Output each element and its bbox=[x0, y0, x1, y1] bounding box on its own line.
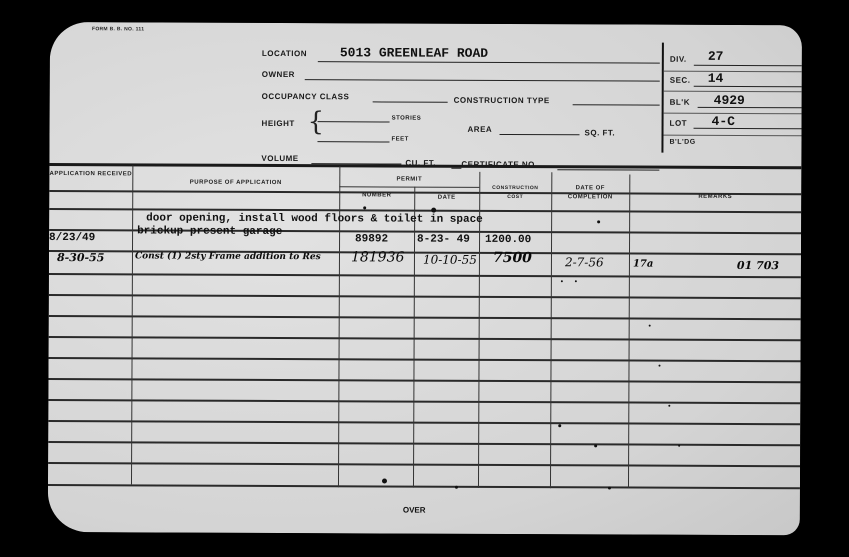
row1-cost: 1200.00 bbox=[485, 234, 531, 246]
header-date-of-completion: DATE OF COMPLETION bbox=[554, 184, 626, 202]
hole-dot bbox=[363, 206, 366, 209]
hole-dot bbox=[649, 325, 651, 327]
hole-dot bbox=[558, 424, 561, 427]
sec-label: SEC. bbox=[670, 76, 691, 85]
row2-cost: 7500 bbox=[493, 250, 532, 266]
hole-dot bbox=[668, 405, 670, 407]
row2-completion: 2-7-56 bbox=[565, 255, 604, 269]
header-purpose: PURPOSE OF APPLICATION bbox=[132, 178, 339, 188]
block-label: BL'K bbox=[670, 98, 690, 107]
div-value: 27 bbox=[708, 49, 724, 64]
hole-dot bbox=[594, 444, 597, 447]
property-record-card: FORM B. B. NO. 111 LOCATION 5013 GREENLE… bbox=[48, 22, 802, 535]
location-value: 5013 GREENLEAF ROAD bbox=[340, 45, 488, 61]
row1-purpose-line1: door opening, install wood floors & toil… bbox=[146, 212, 483, 225]
header-remarks: REMARKS bbox=[629, 193, 801, 203]
row2-purpose: Const (1) 2sty Frame addition to Res bbox=[135, 251, 321, 262]
lot-label: LOT bbox=[670, 119, 688, 128]
volume-label: VOLUME bbox=[261, 154, 298, 163]
row1-received: 8/23/49 bbox=[49, 232, 95, 244]
row2-received: 8-30-55 bbox=[57, 251, 104, 264]
hole-dot bbox=[597, 220, 600, 223]
header-permit-date: DATE bbox=[414, 194, 479, 203]
owner-label: OWNER bbox=[262, 70, 295, 79]
sec-value: 14 bbox=[708, 71, 724, 86]
hole-dot bbox=[455, 486, 458, 489]
lot-value: 4-C bbox=[712, 114, 735, 129]
hole-dot bbox=[608, 486, 611, 489]
row2-permit-date: 10-10-55 bbox=[423, 253, 477, 267]
header-permit: PERMIT bbox=[339, 175, 479, 185]
sq-ft-label: SQ. FT. bbox=[585, 128, 616, 137]
row2-remarks-left: 17a bbox=[633, 259, 653, 270]
row1-purpose-line2: brickup present garage bbox=[137, 225, 282, 238]
lot-info-box: DIV. 27 SEC. 14 BL'K 4929 LOT 4-C B'L'DG bbox=[661, 43, 802, 154]
location-label: LOCATION bbox=[262, 49, 307, 58]
over-label: OVER bbox=[403, 506, 426, 515]
height-label: HEIGHT bbox=[262, 119, 295, 128]
row2-remarks: 01 703 bbox=[737, 259, 779, 272]
area-label: AREA bbox=[468, 125, 493, 134]
row2-permit-number: 181936 bbox=[351, 249, 405, 265]
hole-dot bbox=[431, 208, 436, 213]
hole-dot bbox=[659, 365, 661, 367]
row1-permit-number: 89892 bbox=[355, 233, 388, 245]
hole-dot bbox=[561, 280, 563, 282]
occupancy-class-label: OCCUPANCY CLASS bbox=[262, 92, 350, 101]
hole-dot bbox=[678, 445, 680, 447]
header-application-received: APPLICATION RECEIVED bbox=[49, 170, 132, 179]
div-label: DIV. bbox=[670, 55, 687, 64]
block-value: 4929 bbox=[714, 93, 745, 108]
hole-dot bbox=[382, 478, 387, 483]
feet-label: FEET bbox=[391, 136, 408, 142]
form-number: FORM B. B. NO. 111 bbox=[92, 26, 144, 32]
construction-type-label: CONSTRUCTION TYPE bbox=[454, 96, 550, 105]
header-permit-number: NUMBER bbox=[339, 191, 414, 200]
building-label: B'L'DG bbox=[669, 139, 695, 146]
header-construction-cost: CONSTRUCTION COST bbox=[485, 184, 545, 202]
hole-dot bbox=[575, 280, 577, 282]
row1-permit-date: 8-23- 49 bbox=[417, 234, 470, 246]
stories-label: STORIES bbox=[392, 115, 422, 121]
